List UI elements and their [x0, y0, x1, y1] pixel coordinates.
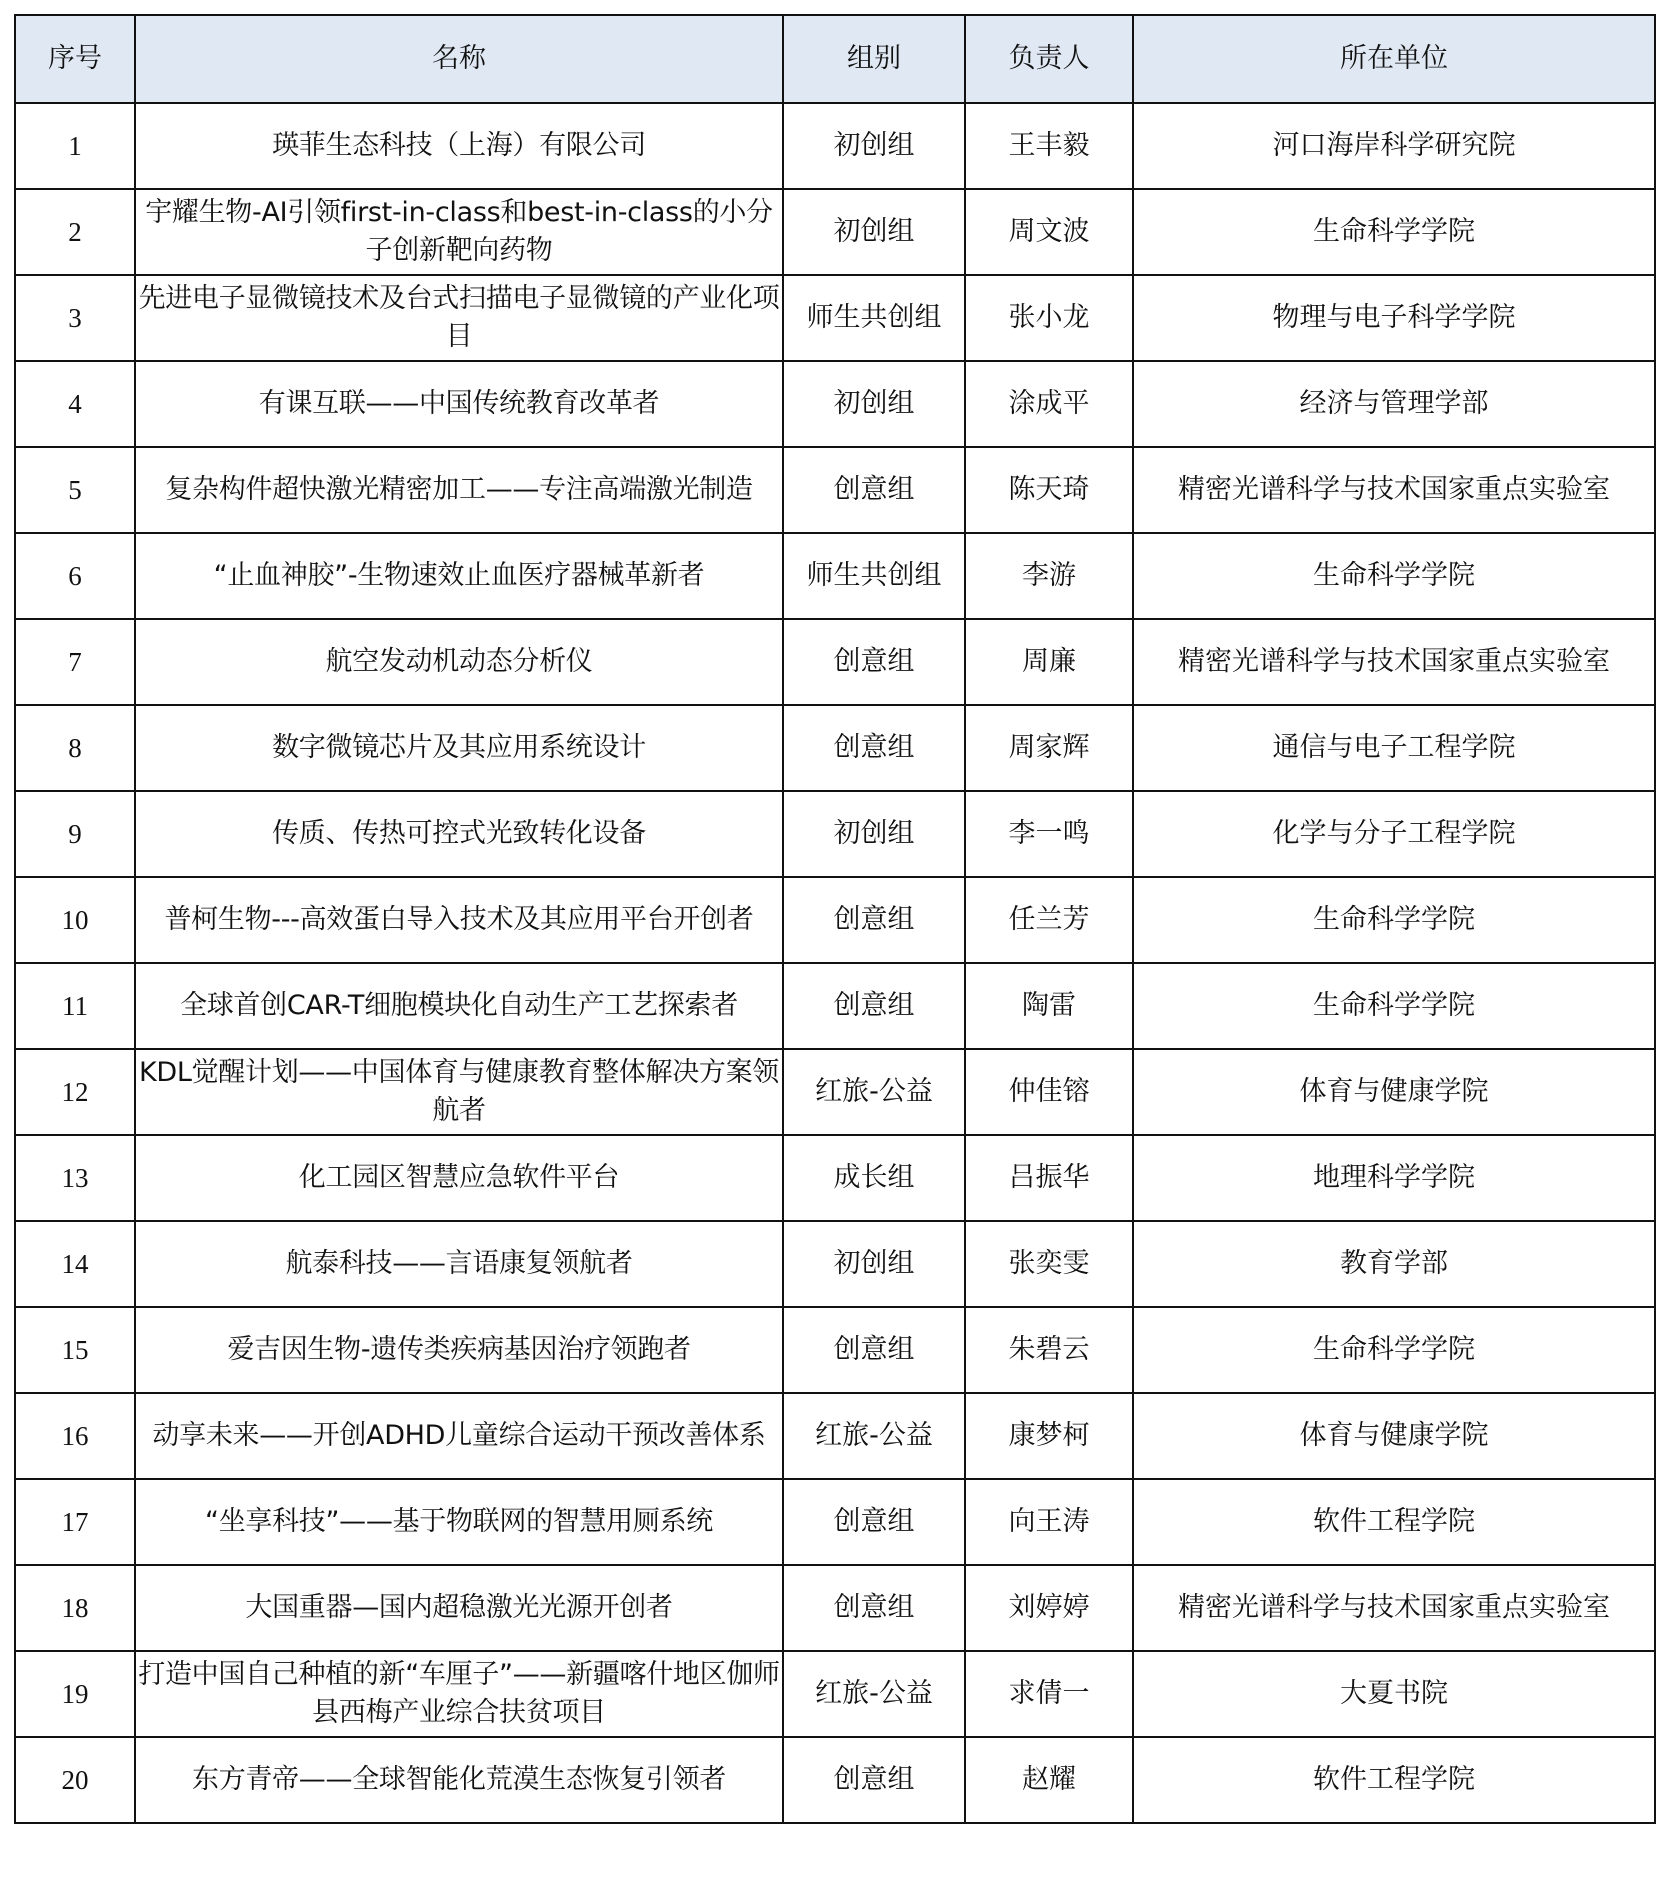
header-group: 组别	[783, 15, 965, 103]
cell-no: 14	[15, 1221, 135, 1307]
cell-unit: 地理科学学院	[1133, 1135, 1655, 1221]
cell-no: 11	[15, 963, 135, 1049]
cell-no: 5	[15, 447, 135, 533]
cell-no: 19	[15, 1651, 135, 1737]
table-header: 序号 名称 组别 负责人 所在单位	[15, 15, 1655, 103]
table-row: 2 宇耀生物-AI引领first-in-class和best-in-class的…	[15, 189, 1655, 275]
cell-lead: 求倩一	[965, 1651, 1133, 1737]
cell-lead: 向王涛	[965, 1479, 1133, 1565]
cell-name: 大国重器—国内超稳激光光源开创者	[135, 1565, 783, 1651]
cell-name: 普柯生物---高效蛋白导入技术及其应用平台开创者	[135, 877, 783, 963]
table-row: 9 传质、传热可控式光致转化设备 初创组 李一鸣 化学与分子工程学院	[15, 791, 1655, 877]
cell-name: 化工园区智慧应急软件平台	[135, 1135, 783, 1221]
cell-no: 12	[15, 1049, 135, 1135]
cell-lead: 陶雷	[965, 963, 1133, 1049]
header-row: 序号 名称 组别 负责人 所在单位	[15, 15, 1655, 103]
cell-unit: 生命科学学院	[1133, 1307, 1655, 1393]
cell-no: 10	[15, 877, 135, 963]
table-row: 20 东方青帝——全球智能化荒漠生态恢复引领者 创意组 赵耀 软件工程学院	[15, 1737, 1655, 1823]
cell-lead: 周家辉	[965, 705, 1133, 791]
cell-group: 初创组	[783, 103, 965, 189]
cell-name: 航泰科技——言语康复领航者	[135, 1221, 783, 1307]
cell-unit: 生命科学学院	[1133, 533, 1655, 619]
cell-unit: 体育与健康学院	[1133, 1393, 1655, 1479]
cell-group: 创意组	[783, 1307, 965, 1393]
table-row: 16 动享未来——开创ADHD儿童综合运动干预改善体系 红旅-公益 康梦柯 体育…	[15, 1393, 1655, 1479]
cell-group: 创意组	[783, 447, 965, 533]
cell-no: 2	[15, 189, 135, 275]
cell-group: 初创组	[783, 1221, 965, 1307]
cell-lead: 朱碧云	[965, 1307, 1133, 1393]
cell-lead: 刘婷婷	[965, 1565, 1133, 1651]
header-name: 名称	[135, 15, 783, 103]
table-body: 1 瑛菲生态科技（上海）有限公司 初创组 王丰毅 河口海岸科学研究院 2 宇耀生…	[15, 103, 1655, 1823]
cell-lead: 周廉	[965, 619, 1133, 705]
cell-lead: 王丰毅	[965, 103, 1133, 189]
header-lead: 负责人	[965, 15, 1133, 103]
cell-unit: 物理与电子科学学院	[1133, 275, 1655, 361]
cell-group: 初创组	[783, 361, 965, 447]
cell-group: 创意组	[783, 963, 965, 1049]
cell-group: 初创组	[783, 791, 965, 877]
cell-unit: 教育学部	[1133, 1221, 1655, 1307]
cell-lead: 涂成平	[965, 361, 1133, 447]
cell-lead: 仲佳镕	[965, 1049, 1133, 1135]
cell-name: 动享未来——开创ADHD儿童综合运动干预改善体系	[135, 1393, 783, 1479]
table-row: 17 “坐享科技”——基于物联网的智慧用厕系统 创意组 向王涛 软件工程学院	[15, 1479, 1655, 1565]
table-row: 15 爱吉因生物-遗传类疾病基因治疗领跑者 创意组 朱碧云 生命科学学院	[15, 1307, 1655, 1393]
cell-group: 红旅-公益	[783, 1393, 965, 1479]
table-row: 11 全球首创CAR-T细胞模块化自动生产工艺探索者 创意组 陶雷 生命科学学院	[15, 963, 1655, 1049]
project-list-sheet: 序号 名称 组别 负责人 所在单位 1 瑛菲生态科技（上海）有限公司 初创组 王…	[14, 14, 1654, 1824]
cell-unit: 精密光谱科学与技术国家重点实验室	[1133, 619, 1655, 705]
cell-name: 航空发动机动态分析仪	[135, 619, 783, 705]
cell-lead: 康梦柯	[965, 1393, 1133, 1479]
table-row: 1 瑛菲生态科技（上海）有限公司 初创组 王丰毅 河口海岸科学研究院	[15, 103, 1655, 189]
cell-lead: 张小龙	[965, 275, 1133, 361]
cell-name: 有课互联——中国传统教育改革者	[135, 361, 783, 447]
cell-no: 18	[15, 1565, 135, 1651]
cell-unit: 生命科学学院	[1133, 963, 1655, 1049]
cell-unit: 体育与健康学院	[1133, 1049, 1655, 1135]
cell-name: 打造中国自己种植的新“车厘子”——新疆喀什地区伽师县西梅产业综合扶贫项目	[135, 1651, 783, 1737]
cell-unit: 生命科学学院	[1133, 877, 1655, 963]
cell-no: 20	[15, 1737, 135, 1823]
cell-lead: 张奕雯	[965, 1221, 1133, 1307]
cell-name: 数字微镜芯片及其应用系统设计	[135, 705, 783, 791]
cell-name: 宇耀生物-AI引领first-in-class和best-in-class的小分…	[135, 189, 783, 275]
table-row: 12 KDL觉醒计划——中国体育与健康教育整体解决方案领航者 红旅-公益 仲佳镕…	[15, 1049, 1655, 1135]
cell-lead: 李一鸣	[965, 791, 1133, 877]
cell-name: 爱吉因生物-遗传类疾病基因治疗领跑者	[135, 1307, 783, 1393]
cell-name: KDL觉醒计划——中国体育与健康教育整体解决方案领航者	[135, 1049, 783, 1135]
project-table: 序号 名称 组别 负责人 所在单位 1 瑛菲生态科技（上海）有限公司 初创组 王…	[14, 14, 1656, 1824]
cell-no: 7	[15, 619, 135, 705]
table-row: 5 复杂构件超快激光精密加工——专注高端激光制造 创意组 陈天琦 精密光谱科学与…	[15, 447, 1655, 533]
cell-unit: 大夏书院	[1133, 1651, 1655, 1737]
cell-no: 4	[15, 361, 135, 447]
table-row: 18 大国重器—国内超稳激光光源开创者 创意组 刘婷婷 精密光谱科学与技术国家重…	[15, 1565, 1655, 1651]
cell-group: 红旅-公益	[783, 1049, 965, 1135]
cell-unit: 软件工程学院	[1133, 1737, 1655, 1823]
cell-no: 17	[15, 1479, 135, 1565]
cell-name: 全球首创CAR-T细胞模块化自动生产工艺探索者	[135, 963, 783, 1049]
cell-name: 东方青帝——全球智能化荒漠生态恢复引领者	[135, 1737, 783, 1823]
table-row: 8 数字微镜芯片及其应用系统设计 创意组 周家辉 通信与电子工程学院	[15, 705, 1655, 791]
cell-no: 16	[15, 1393, 135, 1479]
cell-no: 13	[15, 1135, 135, 1221]
cell-group: 师生共创组	[783, 533, 965, 619]
cell-no: 15	[15, 1307, 135, 1393]
cell-group: 创意组	[783, 1737, 965, 1823]
cell-no: 9	[15, 791, 135, 877]
cell-unit: 精密光谱科学与技术国家重点实验室	[1133, 447, 1655, 533]
cell-name: 先进电子显微镜技术及台式扫描电子显微镜的产业化项目	[135, 275, 783, 361]
cell-group: 创意组	[783, 1479, 965, 1565]
cell-group: 创意组	[783, 619, 965, 705]
header-unit: 所在单位	[1133, 15, 1655, 103]
cell-unit: 化学与分子工程学院	[1133, 791, 1655, 877]
cell-lead: 赵耀	[965, 1737, 1133, 1823]
table-row: 14 航泰科技——言语康复领航者 初创组 张奕雯 教育学部	[15, 1221, 1655, 1307]
cell-name: “坐享科技”——基于物联网的智慧用厕系统	[135, 1479, 783, 1565]
cell-no: 1	[15, 103, 135, 189]
table-row: 13 化工园区智慧应急软件平台 成长组 吕振华 地理科学学院	[15, 1135, 1655, 1221]
cell-lead: 李游	[965, 533, 1133, 619]
table-row: 19 打造中国自己种植的新“车厘子”——新疆喀什地区伽师县西梅产业综合扶贫项目 …	[15, 1651, 1655, 1737]
cell-unit: 精密光谱科学与技术国家重点实验室	[1133, 1565, 1655, 1651]
cell-group: 创意组	[783, 877, 965, 963]
cell-lead: 吕振华	[965, 1135, 1133, 1221]
cell-group: 师生共创组	[783, 275, 965, 361]
table-row: 10 普柯生物---高效蛋白导入技术及其应用平台开创者 创意组 任兰芳 生命科学…	[15, 877, 1655, 963]
cell-unit: 河口海岸科学研究院	[1133, 103, 1655, 189]
cell-lead: 周文波	[965, 189, 1133, 275]
cell-group: 初创组	[783, 189, 965, 275]
cell-no: 8	[15, 705, 135, 791]
cell-no: 6	[15, 533, 135, 619]
cell-group: 成长组	[783, 1135, 965, 1221]
cell-name: 复杂构件超快激光精密加工——专注高端激光制造	[135, 447, 783, 533]
cell-lead: 任兰芳	[965, 877, 1133, 963]
cell-unit: 经济与管理学部	[1133, 361, 1655, 447]
cell-unit: 生命科学学院	[1133, 189, 1655, 275]
cell-name: 瑛菲生态科技（上海）有限公司	[135, 103, 783, 189]
cell-group: 创意组	[783, 1565, 965, 1651]
cell-name: 传质、传热可控式光致转化设备	[135, 791, 783, 877]
cell-lead: 陈天琦	[965, 447, 1133, 533]
cell-no: 3	[15, 275, 135, 361]
cell-group: 创意组	[783, 705, 965, 791]
cell-unit: 软件工程学院	[1133, 1479, 1655, 1565]
header-no: 序号	[15, 15, 135, 103]
table-row: 7 航空发动机动态分析仪 创意组 周廉 精密光谱科学与技术国家重点实验室	[15, 619, 1655, 705]
table-row: 6 “止血神胶”-生物速效止血医疗器械革新者 师生共创组 李游 生命科学学院	[15, 533, 1655, 619]
cell-name: “止血神胶”-生物速效止血医疗器械革新者	[135, 533, 783, 619]
table-row: 3 先进电子显微镜技术及台式扫描电子显微镜的产业化项目 师生共创组 张小龙 物理…	[15, 275, 1655, 361]
cell-unit: 通信与电子工程学院	[1133, 705, 1655, 791]
table-row: 4 有课互联——中国传统教育改革者 初创组 涂成平 经济与管理学部	[15, 361, 1655, 447]
cell-group: 红旅-公益	[783, 1651, 965, 1737]
